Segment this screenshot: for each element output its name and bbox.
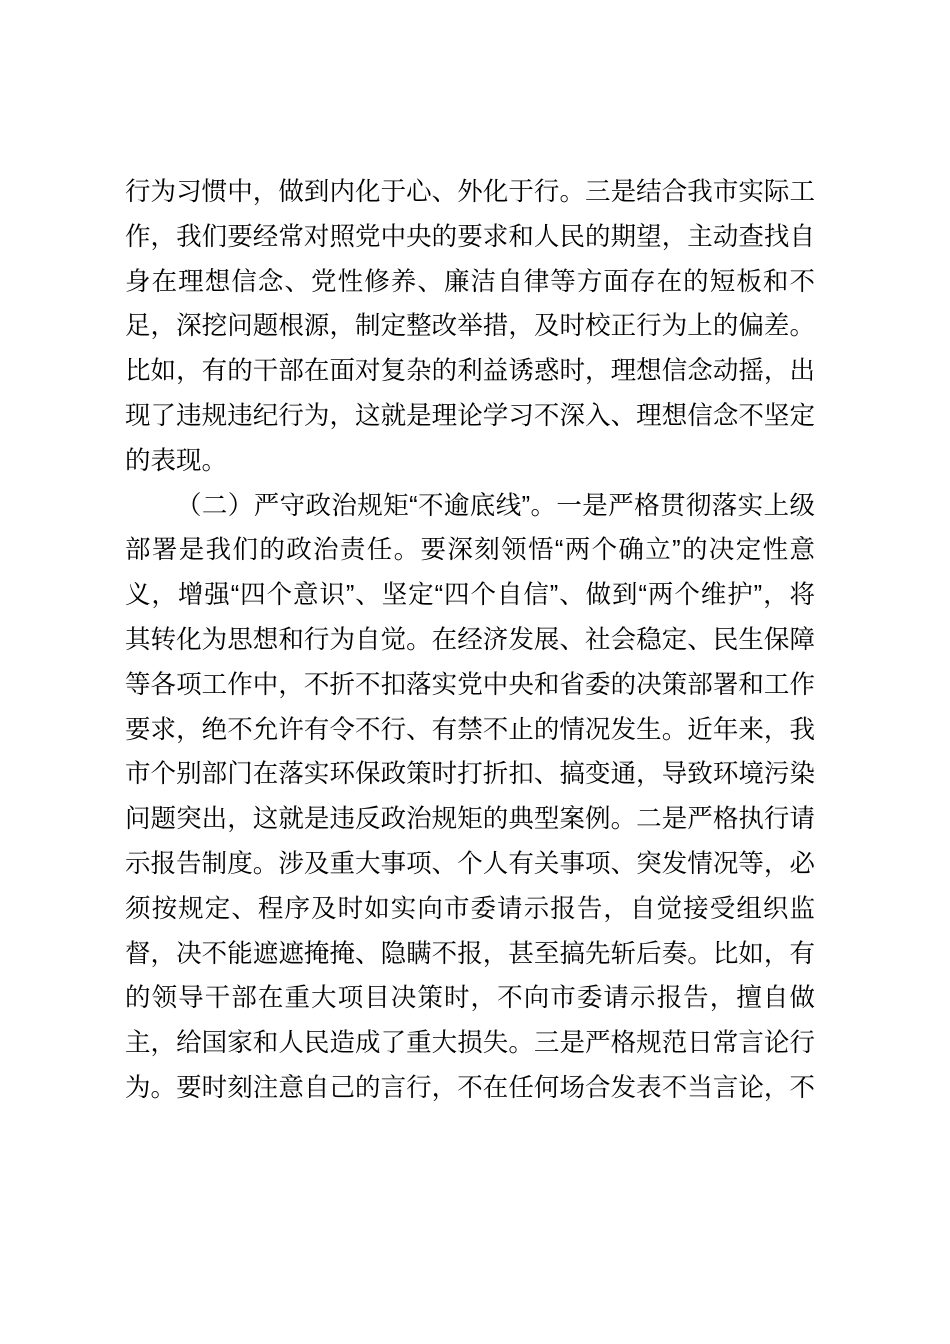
text-line: 为。要时刻注意自己的言行，不在任何场合发表不当言论，不 xyxy=(125,1066,815,1111)
text-line: 义，增强“四个意识”、坚定“四个自信”、做到“两个维护”，将 xyxy=(125,573,815,618)
text-line: 行为习惯中，做到内化于心、外化于行。三是结合我市实际工 xyxy=(125,170,815,215)
text-line: 足，深挖问题根源，制定整改举措，及时校正行为上的偏差。 xyxy=(125,304,815,349)
document-text: 行为习惯中，做到内化于心、外化于行。三是结合我市实际工 作，我们要经常对照党中央… xyxy=(125,170,815,1111)
text-line: 部署是我们的政治责任。要深刻领悟“两个确立”的决定性意 xyxy=(125,528,815,573)
text-line: 须按规定、程序及时如实向市委请示报告，自觉接受组织监 xyxy=(125,887,815,932)
text-line: 比如，有的干部在面对复杂的利益诱惑时，理想信念动摇，出 xyxy=(125,349,815,394)
section-heading-line: （二）严守政治规矩“不逾底线”。一是严格贯彻落实上级 xyxy=(125,484,815,529)
text-line: 身在理想信念、党性修养、廉洁自律等方面存在的短板和不 xyxy=(125,260,815,305)
paragraph-continuation: 行为习惯中，做到内化于心、外化于行。三是结合我市实际工 作，我们要经常对照党中央… xyxy=(125,170,815,484)
text-line: 要求，绝不允许有令不行、有禁不止的情况发生。近年来，我 xyxy=(125,708,815,753)
text-line: 问题突出，这就是违反政治规矩的典型案例。二是严格执行请 xyxy=(125,797,815,842)
text-line: 作，我们要经常对照党中央的要求和人民的期望，主动查找自 xyxy=(125,215,815,260)
text-line: 的领导干部在重大项目决策时，不向市委请示报告，擅自做 xyxy=(125,976,815,1021)
text-line: 督，决不能遮遮掩掩、隐瞒不报，甚至搞先斩后奏。比如，有 xyxy=(125,932,815,977)
document-page: 行为习惯中，做到内化于心、外化于行。三是结合我市实际工 作，我们要经常对照党中央… xyxy=(0,0,950,1344)
text-line: 的表现。 xyxy=(125,439,815,484)
text-line: 市个别部门在落实环保政策时打折扣、搞变通，导致环境污染 xyxy=(125,752,815,797)
text-line: 其转化为思想和行为自觉。在经济发展、社会稳定、民生保障 xyxy=(125,618,815,663)
text-line: 主，给国家和人民造成了重大损失。三是严格规范日常言论行 xyxy=(125,1021,815,1066)
text-line: 示报告制度。涉及重大事项、个人有关事项、突发情况等，必 xyxy=(125,842,815,887)
paragraph-section-two: （二）严守政治规矩“不逾底线”。一是严格贯彻落实上级 部署是我们的政治责任。要深… xyxy=(125,484,815,1111)
text-line: 等各项工作中，不折不扣落实党中央和省委的决策部署和工作 xyxy=(125,663,815,708)
text-line: 现了违规违纪行为，这就是理论学习不深入、理想信念不坚定 xyxy=(125,394,815,439)
